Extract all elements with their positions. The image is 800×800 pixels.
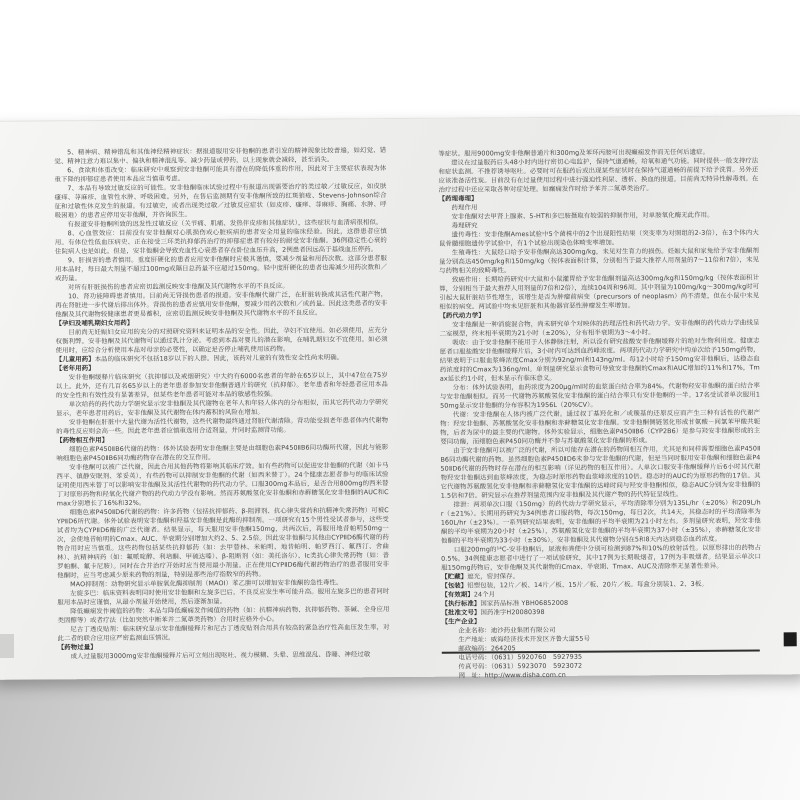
section-header-standard: 【执行标准】 xyxy=(441,599,480,607)
carcinogenicity-text: 致癌作用：长期给药研究中大鼠和小鼠灌胃给予安非他酮剂量高达300mg/kg和15… xyxy=(439,273,759,311)
interaction-nicotine-patch: 尼古丁透皮贴剂：临床研究显示安非他酮缓释片和尼古丁透皮贴剂合用具有较高的紧急治疗… xyxy=(58,623,390,643)
storage-text: 遮光，密封保存。 xyxy=(467,572,519,580)
precaution-item-10: 10、肾功能障碍患者慎用。目前尚无肾损伤患者的报道。安非他酮代谢广泛，在肝脏转换… xyxy=(55,290,387,319)
leaflet-photo: 5、精神病、精神错乱和其他神经精神症状：据报道服用安非他酮的患者引发的精神现象比… xyxy=(0,0,800,800)
precaution-item-8: 8、心血管效应：目前没有安非他酮对心肌损伤或心脏疾病的患者安全用量的临床经验。因… xyxy=(55,227,387,256)
pregnancy-text: 目前尚无妊娠妇女应用的充分的对照研究资料来证明本品的安全性。因此，孕妇不宜使用。… xyxy=(56,326,388,355)
insert-column-left: 5、精神病、精神错乱和其他神经精神症状：据报道服用安非他酮的患者引发的精神现象比… xyxy=(54,146,390,661)
precaution-item-9: 9、肝损害的患者慎用。重度肝硬化的患者应用安非他酮时应极其谨慎，要减少剂量和用药… xyxy=(55,254,387,283)
geriatric-text-1: 安非他酮缓释片临床研究（抗抑郁以及戒烟研究）中大约有6000名患者的年龄在65岁… xyxy=(56,371,388,400)
pediatric-text: 本品的临床研究不包括18岁以下的人群。因此，该药对儿童的有效性安全性尚未明确。 xyxy=(95,353,344,363)
interaction-seizure-threshold: 降低癫痫发作阈值的药物：本品与降低癫痫发作阈值的药物（如：抗精神病药物、抗抑郁药… xyxy=(57,605,389,625)
section-header-shelf-life: 【有效期】 xyxy=(441,590,474,598)
package-insert-sheet: 5、精神病、精神错乱和其他神经精神症状：据报道服用安非他酮的患者引发的精神现象比… xyxy=(0,115,800,680)
interaction-cyp2b6: 细胞色素P450ⅡB6代谢的药物：体外试验表明安非他酮主要是由细胞色素P450Ⅱ… xyxy=(56,443,388,463)
interaction-cyp2d6: 细胞色素P450ⅡD6代谢的药物：许多药物（包括抗抑郁药、β-阻滞剂、抗心律失常… xyxy=(57,506,389,580)
overdose-management: 建议在过量服药后头48小时内进行密切心电监护，保持气道通畅，给氧和通气功能。同时… xyxy=(438,156,758,194)
precaution-item-5: 5、精神病、精神错乱和其他神经精神症状：据报道服用安非他酮的患者引发的精神现象比… xyxy=(54,146,386,166)
geriatric-text-2: 单次给药的药代动力学研究显示安非他酮及其代谢物在老年人和年轻人体内的分布相似，而… xyxy=(56,398,388,418)
standard-text: 国家药品标准 YBH06852008 xyxy=(480,599,568,608)
insert-column-right: 等症状。服用9000mg安非他酮普通片和300mg及苯环丙胺可出现癫痫发作而无任… xyxy=(438,147,762,680)
pk-excretion: 排泄：两项单次口服（150mg）的药代动力学研究显示，平均清除率分别为135L/… xyxy=(441,498,761,545)
overdose-text-start: 成人过量服用3000mg安非他酮缓释片后可立刻出现呕吐、视力模糊、头晕、思维混乱… xyxy=(58,650,390,661)
precaution-item-7: 7、本品有导致过敏反应的可能性。安非他酮临床试验过程中有报道出现需要治疗的类过敏… xyxy=(55,182,387,220)
pk-radiolabel-study: 口服200mg的¹⁴C-安非他酮后，尿液和粪便中分别可检测到87%和10%的放射… xyxy=(441,543,761,572)
genotoxicity-text: 遗传毒性：安非他酮Ames试验中5个菌株中的2个出现阳性结果（突变率为对照组的2… xyxy=(439,228,759,248)
section-header-storage: 【贮藏】 xyxy=(441,573,467,581)
section-header-packaging: 【包装】 xyxy=(441,582,467,590)
section-header-pediatric: 【儿童用药】 xyxy=(56,355,95,363)
shelf-life-text: 24个月 xyxy=(474,590,495,598)
paper-left-edge-mark xyxy=(0,634,14,658)
interaction-metabolism: 安非他酮可以被广泛代谢，因此合用其他药物将影响其临床疗效。如有些药物可以促进安非… xyxy=(56,461,388,508)
pk-overview: 安非他酮是一种消旋混合物，尚未研究单个对映体的药理活性和药代动力学。安非他酮的药… xyxy=(439,318,759,338)
interaction-levodopa: 左旋多巴：临床资料表明同时使用安非他酮和左旋多巴后，不良反应发生率可能升高。服用… xyxy=(57,587,389,607)
pk-absorption: 吸收：由于安非他酮不能用于人体静脉注射，所以没有研究盐酸安非他酮缓释片的绝对生物… xyxy=(440,336,760,383)
reproductive-toxicity-text: 生殖毒性：大鼠经口给予安非他酮高达300mg/kg，未见对生育力的损伤。妊娠大鼠… xyxy=(439,246,759,275)
packaging-text: 铝塑包装，12片／板、14片／板、15片／板、20片／板。每盒分别装1、2、3板… xyxy=(467,580,708,590)
pk-metabolism-interactions: 由于安非他酮可以被广泛的代谢，所以可能存在潜在的药物间相互作用，尤其是和同样需要… xyxy=(440,444,760,500)
precaution-item-6: 6、食欲和体重改变：临床研究中观察到安非他酮可能具有潜在的降低体重的作用，因此对… xyxy=(54,164,386,184)
pk-distribution: 分布：体外试验表明，血药浓度为200μg/ml时的血浆蛋白结合率为84%，代谢物… xyxy=(440,381,760,410)
geriatric-text-3: 安非他酮在肝脏中大量代谢为活性代谢物，这些代谢物最终通过肾脏代谢清除。肾功能受损… xyxy=(56,416,388,436)
print-registration-mark xyxy=(784,632,797,646)
section-header-approval-number: 【批准文号】 xyxy=(441,608,480,616)
pk-metabolism: 代谢：安非他酮在人体内被广泛代谢。通过叔丁基羟化和／或羰基的还原反应而产生三种有… xyxy=(440,408,760,446)
approval-number-text: 国药准字H20080398 xyxy=(480,608,544,616)
